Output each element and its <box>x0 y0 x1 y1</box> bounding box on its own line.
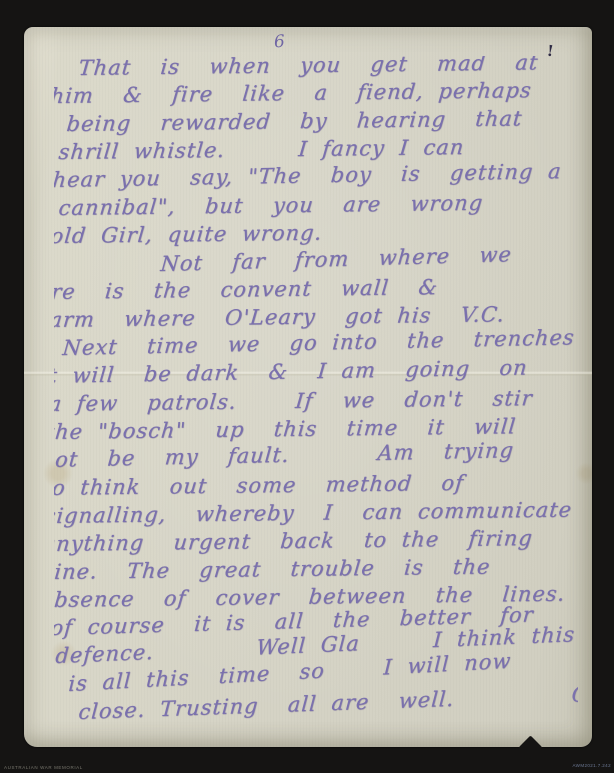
page-number: 6 <box>273 32 285 53</box>
letter-page: 6 ! That is when you get mad athim & fir… <box>24 27 592 747</box>
archive-id: AWM2021.7.242 <box>572 763 611 768</box>
archive-watermark: AUSTRALIAN WAR MEMORIAL <box>4 765 83 770</box>
scan-mat: 6 ! That is when you get mad athim & fir… <box>0 0 614 773</box>
letter-body: That is when you get mad athim & fire li… <box>54 56 578 741</box>
